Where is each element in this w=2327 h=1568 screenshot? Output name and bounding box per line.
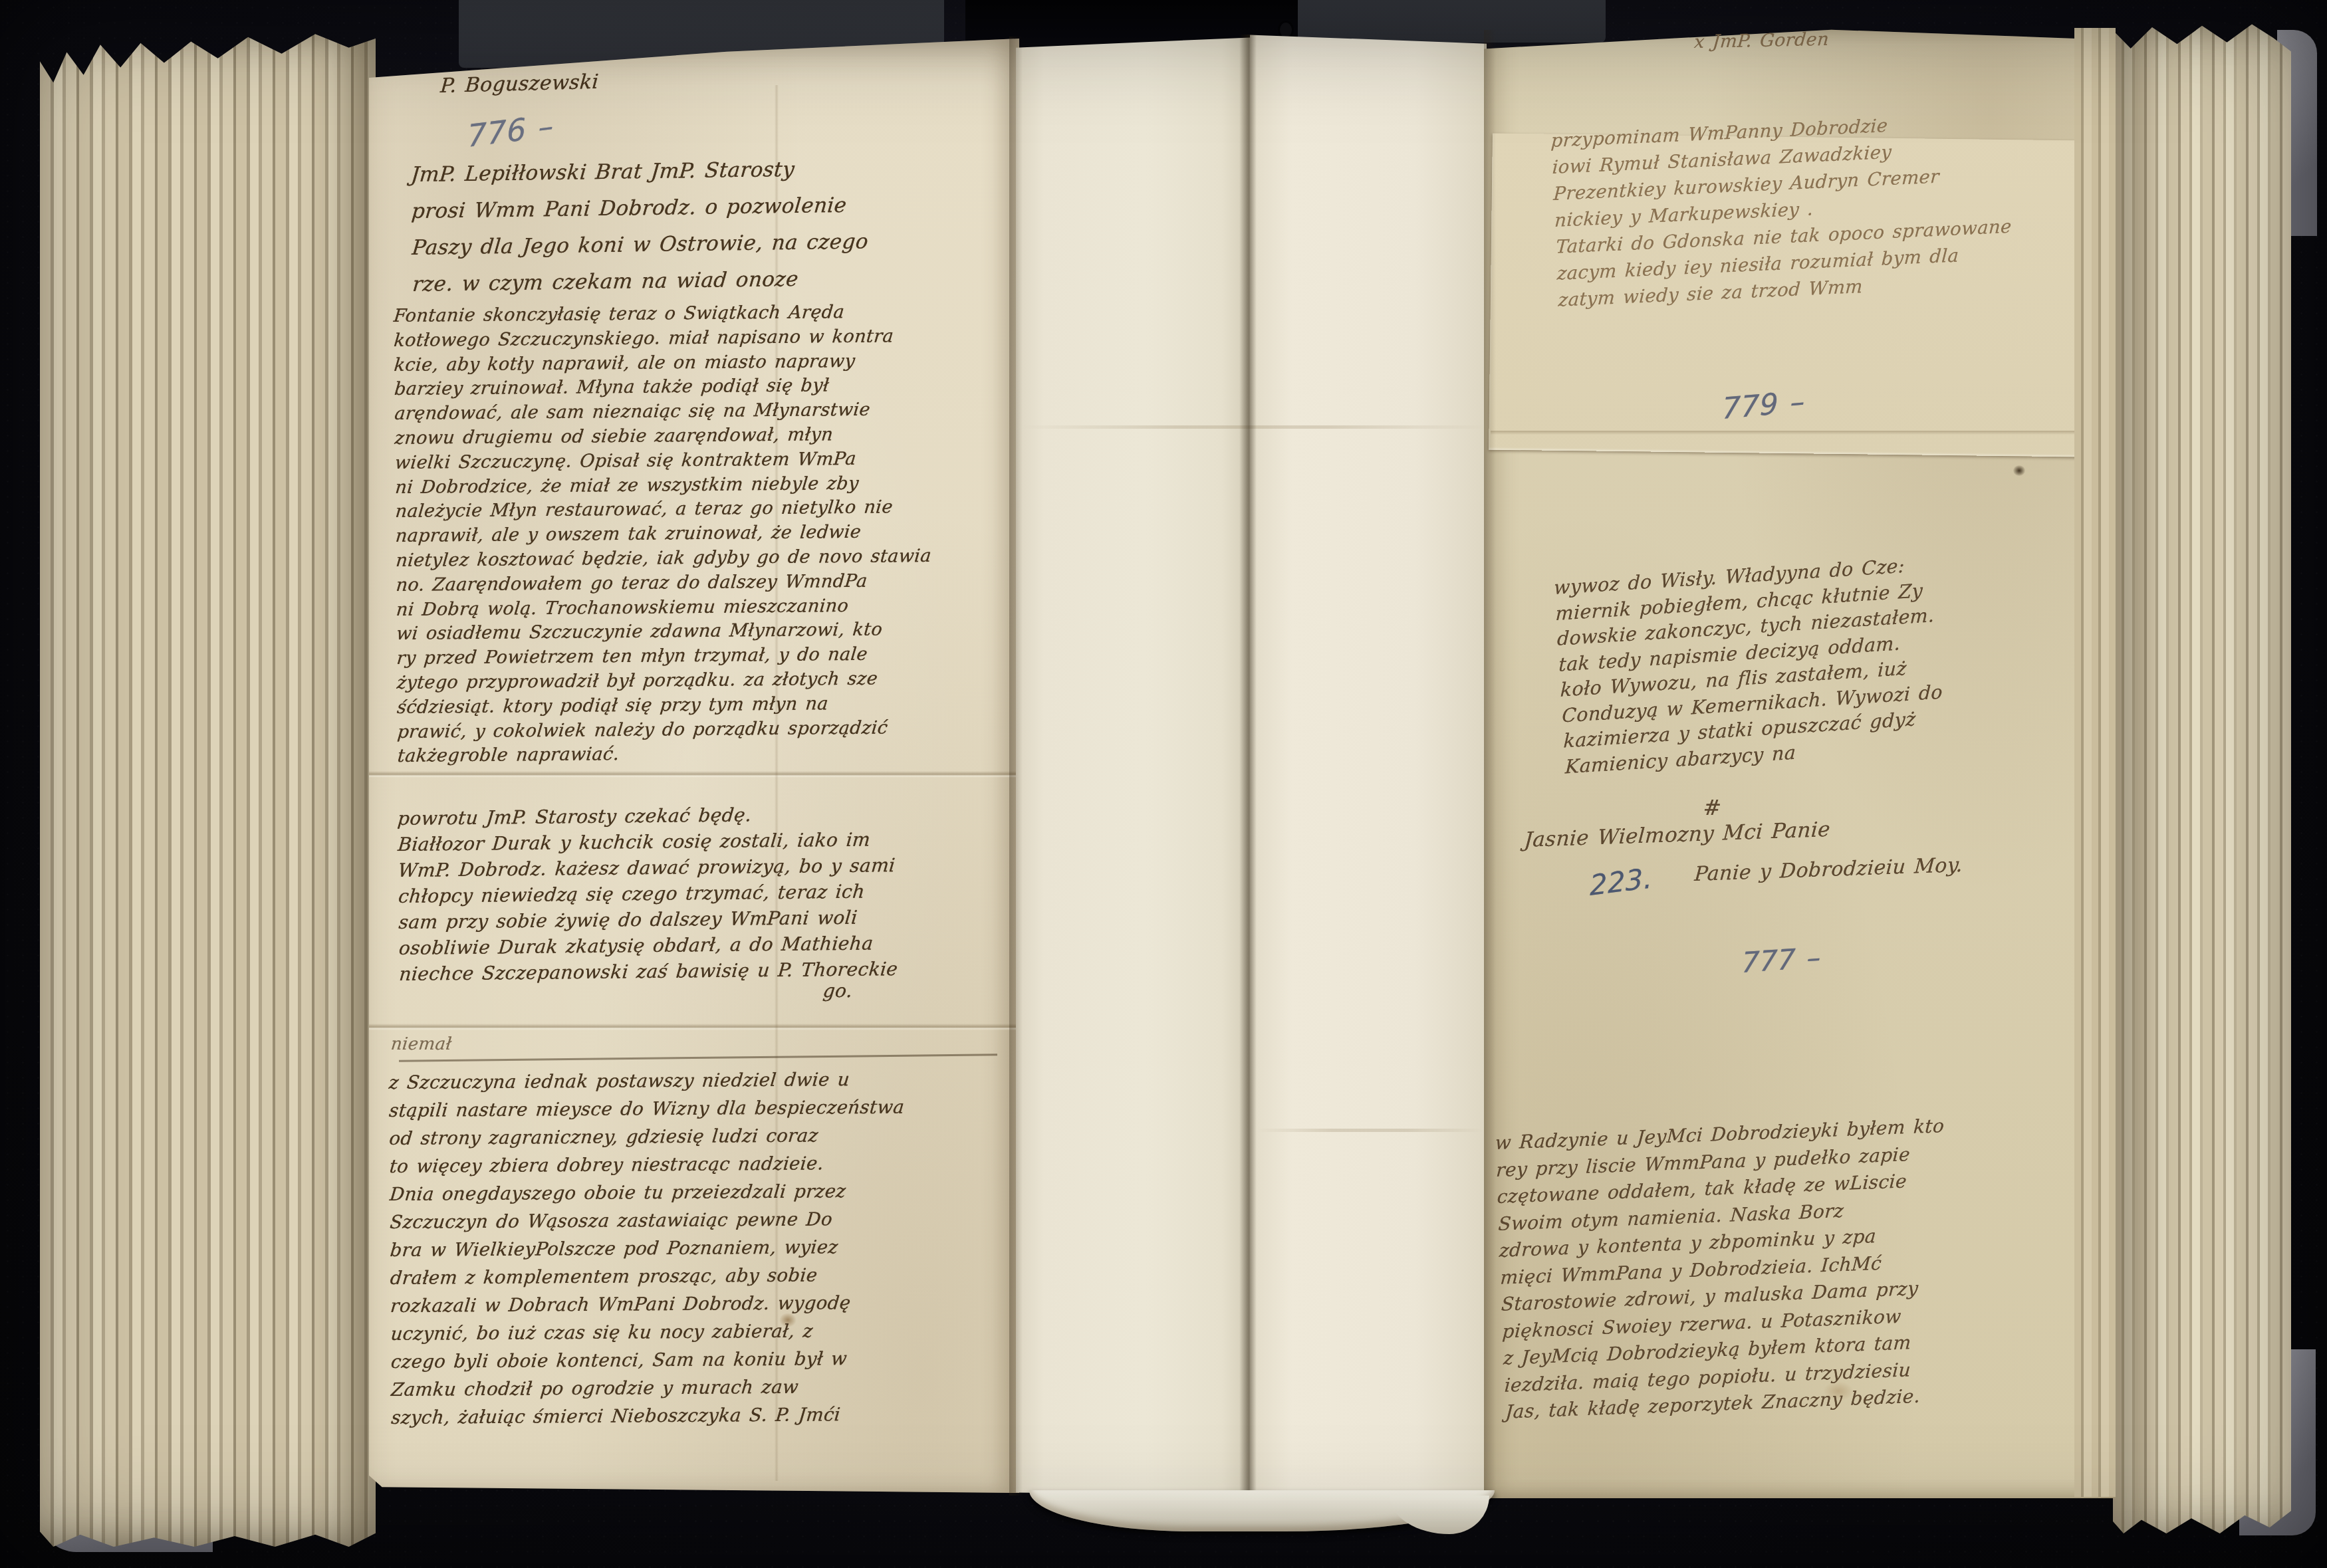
left-page-heading: P. Boguszewski: [440, 70, 599, 98]
handwritten-line: szych, żałuiąc śmierci Nieboszczyka S. P…: [390, 1400, 908, 1432]
clamp-screw-hole-right: [1280, 23, 1292, 37]
blank-page-left: [1016, 35, 1250, 1496]
handwritten-line: czego byli oboie kontenci, Sam na koniu …: [390, 1345, 908, 1376]
handwritten-line: Szczuczyn do Wąsosza zastawiaiąc pewne D…: [389, 1205, 907, 1236]
left-paragraph-2-tail: go.: [823, 980, 852, 1002]
right-page-heading: x JmP. Gorden: [1694, 29, 1829, 53]
handwritten-line: no. Zaaręndowałem go teraz do dalszey Wm…: [395, 569, 933, 598]
left-page-edge-shadow: [1009, 37, 1023, 1496]
page-crease-bottom: [1257, 1129, 1483, 1132]
handwritten-line: stąpili nastare mieysce do Wizny dla bes…: [388, 1093, 906, 1125]
handwritten-line: Dnia onegdayszego oboie tu przeiezdzali …: [388, 1177, 906, 1208]
handwritten-line: rze. w czym czekam na wiad onoze: [411, 260, 870, 303]
handwritten-line: drałem z komplementem prosząc, aby sobie: [389, 1261, 907, 1292]
manuscript-book-photo: P. Boguszewski 776 – JmP. Lepiłłowski Br…: [0, 0, 2327, 1568]
handwritten-line: rozkazali w Dobrach WmPani Dobrodz. wygo…: [389, 1289, 907, 1320]
inserted-leaf-seam: [1491, 431, 2082, 435]
right-middle-block: wywoz do Wisły. Władyyna do Cze:miernik …: [1553, 552, 1947, 780]
handwritten-line: JmP. Lepiłłowski Brat JmP. Starosty: [410, 150, 869, 193]
page-edges-left: [40, 28, 376, 1547]
page-edges-right: [2113, 21, 2291, 1533]
right-top-block: przypominam WmPanny Dobrodzieiowi Rymuł …: [1550, 107, 2015, 314]
right-page-number-pencil-mid: 777 –: [1741, 941, 1822, 979]
right-page-number-pencil-top: 779 –: [1721, 385, 1806, 426]
left-paragraph-3-partial: niemał: [391, 1034, 451, 1054]
handwritten-line: Zamku chodził po ogrodzie y murach zaw: [390, 1373, 908, 1404]
handwritten-line: uczynić, bo iuż czas się ku nocy zabiera…: [390, 1317, 908, 1348]
heading-text: P. Boguszewski: [439, 70, 600, 98]
right-page-edge-shadow: [1484, 30, 1496, 1496]
hash-mark: #: [1703, 795, 1721, 820]
handwritten-line: to więcey zbiera dobrey niestracąc nadzi…: [388, 1149, 906, 1180]
handwritten-line: od strony zagraniczney, gdziesię ludzi c…: [388, 1121, 906, 1153]
right-bottom-block: w Radzynie u JeyMci Dobrodzieyki byłem k…: [1495, 1113, 1955, 1426]
left-intro-block: JmP. Lepiłłowski Brat JmP. Starostyprosi…: [411, 150, 869, 303]
left-paragraph-3: z Szczuczyna iednak postawszy niedziel d…: [389, 1065, 907, 1432]
pasted-letter-seam-1: [369, 771, 1019, 778]
handwritten-line: śćdziesiąt. ktory podiął się przy tym mł…: [396, 691, 934, 721]
ink-blot-right-page: [2013, 465, 2025, 476]
handwritten-line: prosi Wmm Pani Dobrodz. o pozwolenie: [410, 187, 870, 230]
gutter-shadow: [1239, 35, 1257, 1497]
handwritten-line: bra w WielkieyPolszcze pod Poznaniem, wy…: [389, 1233, 907, 1264]
pasted-letter-seam-2: [369, 1024, 1019, 1030]
handwritten-line: takżegroble naprawiać.: [396, 740, 934, 769]
left-paragraph-2: powrotu JmP. Starosty czekać będę.Białło…: [398, 800, 898, 987]
handwritten-line: Paszy dla Jego koni w Ostrowie, na czego: [410, 223, 870, 267]
left-paragraph-1: Fontanie skonczyłasię teraz o Swiątkach …: [394, 300, 933, 769]
blank-page-right: [1250, 32, 1487, 1501]
underlying-page-edge: [2074, 28, 2116, 1497]
handwritten-line: z Szczuczyna iednak postawszy niedziel d…: [388, 1065, 906, 1097]
